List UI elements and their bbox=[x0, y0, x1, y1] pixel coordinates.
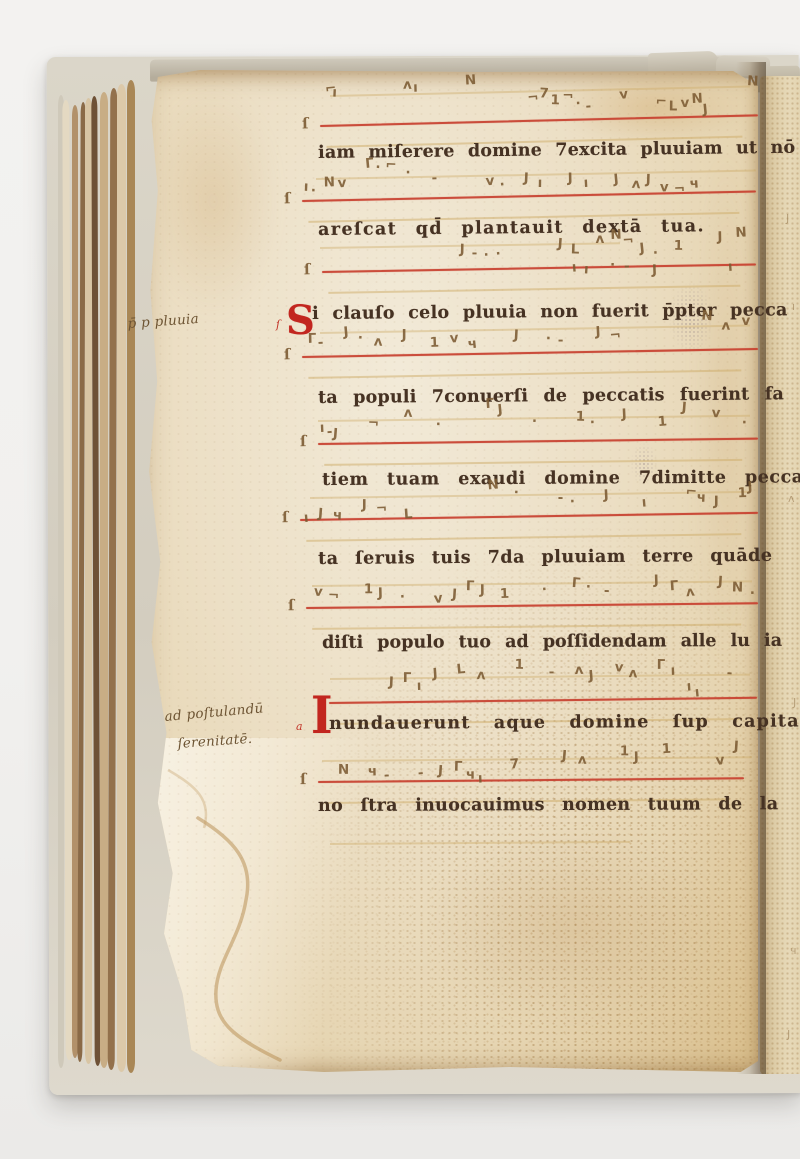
neume-glyph: · bbox=[750, 587, 755, 601]
neume-glyph: ⌐ bbox=[655, 95, 667, 109]
neume-glyph: · bbox=[652, 247, 658, 261]
neume-glyph: v bbox=[485, 175, 495, 189]
staff-line-red bbox=[318, 777, 744, 783]
neume-glyph: Γ bbox=[571, 577, 581, 591]
neume-glyph: J bbox=[567, 172, 572, 186]
neume-glyph: v bbox=[660, 181, 669, 195]
neume-glyph: · bbox=[610, 259, 616, 273]
neume-glyph: 1 bbox=[737, 487, 747, 501]
neume-glyph: ı bbox=[694, 686, 700, 700]
neume-glyph: ʌ bbox=[404, 407, 413, 421]
neume-glyph: ч bbox=[333, 509, 343, 523]
neume-glyph: v bbox=[337, 177, 347, 191]
neume-glyph: ¬ bbox=[368, 417, 380, 431]
f-clef-mark: ſ bbox=[302, 114, 309, 132]
neume-glyph: J bbox=[317, 508, 323, 522]
f-clef-mark: ſ bbox=[284, 345, 291, 363]
neume-glyph: L bbox=[570, 243, 579, 257]
facing-page-neume-mark: J bbox=[787, 1028, 790, 1041]
neume-glyph: J bbox=[717, 231, 722, 245]
neume-glyph: v bbox=[619, 88, 629, 102]
neume-glyph: · bbox=[311, 185, 316, 199]
ruling-line-ochre bbox=[310, 491, 750, 499]
neume-glyph: v bbox=[449, 332, 459, 346]
neume-glyph: N bbox=[610, 229, 622, 243]
lyric-line: i clauſo celo pluuia non fuerit p̄pter p… bbox=[312, 300, 788, 324]
neume-glyph: 1 bbox=[500, 588, 510, 602]
neume-glyph: J bbox=[717, 576, 723, 590]
neume-glyph: ı bbox=[538, 177, 543, 191]
neume-glyph: ʌ bbox=[578, 754, 587, 768]
photo-background: ſ⌐ıʌıN¬71¬·-v⌐LvNJNiam miſerere domine 7… bbox=[0, 0, 800, 1159]
neume-glyph: N bbox=[465, 74, 477, 88]
neume-glyph: N bbox=[747, 75, 759, 89]
margin-note: p̄ p pluuia bbox=[127, 311, 200, 332]
neume-glyph: J bbox=[438, 765, 444, 779]
neume-glyph: J bbox=[402, 329, 407, 343]
neume-glyph: ¬ bbox=[328, 589, 340, 603]
facing-page-neume-mark: J bbox=[793, 696, 796, 709]
neume-glyph: 1 bbox=[661, 743, 671, 757]
staff-line-ochre bbox=[324, 459, 742, 466]
neume-glyph: · bbox=[499, 179, 506, 193]
neume-glyph: · bbox=[483, 249, 489, 263]
music-system: ſΓ-J·ʌJ1vчJ·-J¬Nʌv bbox=[302, 348, 758, 356]
neume-glyph: L bbox=[669, 100, 678, 114]
neume-glyph: ı bbox=[641, 496, 647, 510]
f-clef-mark: ſ bbox=[288, 596, 295, 614]
neume-glyph: ı bbox=[583, 177, 588, 191]
neume-glyph: ı bbox=[417, 680, 422, 694]
neume-glyph: ¬ bbox=[562, 90, 573, 104]
margin-note: ad poſtulandū bbox=[164, 700, 264, 725]
neume-glyph: ч bbox=[467, 338, 478, 352]
neume-glyph: ⌐ bbox=[385, 159, 397, 173]
neume-glyph: 1 bbox=[364, 583, 374, 597]
neume-glyph: ¬ bbox=[527, 91, 540, 106]
staff-line-red bbox=[300, 512, 758, 521]
neume-glyph: J bbox=[561, 750, 567, 764]
neume-glyph: - bbox=[317, 337, 323, 351]
neume-glyph: Γ bbox=[454, 761, 463, 775]
neume-glyph: J bbox=[389, 676, 395, 690]
neume-glyph: · bbox=[436, 418, 442, 432]
neume-glyph: N bbox=[732, 581, 744, 595]
neume-glyph: N bbox=[324, 176, 336, 190]
ruling-line-ochre bbox=[320, 324, 750, 333]
neume-glyph: 1 bbox=[674, 240, 684, 254]
neume-glyph: ¬ bbox=[376, 503, 388, 517]
neume-glyph: Γ bbox=[657, 659, 666, 673]
f-clef-mark: ſ bbox=[304, 260, 311, 278]
music-system: ſJ-··JLʌN¬J·1JNıı·-Jı bbox=[322, 263, 756, 271]
guide-letter: a bbox=[296, 720, 303, 733]
neume-glyph: · bbox=[570, 496, 575, 510]
neume-glyph: J bbox=[702, 103, 708, 117]
neume-glyph: J bbox=[451, 588, 457, 602]
neume-glyph: J bbox=[733, 740, 739, 754]
neume-glyph: ı bbox=[571, 261, 577, 275]
music-system: ſı·NvΓ·⌐·-v·JıJıJʌJv¬ч bbox=[302, 190, 756, 200]
neume-glyph: J bbox=[343, 326, 349, 340]
neume-glyph: - bbox=[431, 172, 437, 186]
staff-line-red bbox=[320, 114, 758, 127]
neume-glyph: v bbox=[715, 754, 725, 768]
lyric-line: ta ſeruis tuis 7da pluuiam terre quāde bbox=[318, 546, 773, 569]
neume-glyph: J bbox=[460, 244, 465, 258]
neume-glyph: 1 bbox=[576, 411, 586, 425]
lyric-line: no ſtra inuocauimus nomen tuum de la bbox=[318, 794, 778, 816]
neume-glyph: Γ bbox=[403, 672, 412, 686]
neume-glyph: · bbox=[541, 583, 547, 597]
neume-glyph: - bbox=[624, 261, 630, 275]
neume-glyph: ⌐ bbox=[685, 485, 697, 499]
staff-line-red bbox=[322, 263, 756, 273]
neume-glyph: ı bbox=[584, 263, 590, 277]
neume-glyph: J bbox=[603, 489, 609, 503]
neume-glyph: ı bbox=[332, 87, 337, 101]
neume-glyph: L bbox=[456, 663, 466, 677]
ruling-line-ochre bbox=[330, 841, 630, 845]
music-system: ſv¬1J·vJΓJ1·Γ·-JΓʌJN· bbox=[306, 602, 758, 607]
neume-glyph: ı bbox=[728, 261, 734, 275]
neume-glyph: ч bbox=[696, 492, 706, 506]
neume-glyph: - bbox=[585, 100, 592, 114]
neume-glyph: J bbox=[513, 329, 519, 343]
neume-glyph: - bbox=[558, 334, 564, 348]
neume-glyph: ʌ bbox=[631, 178, 641, 192]
neume-glyph: - bbox=[558, 492, 564, 506]
neume-glyph: J bbox=[613, 173, 619, 187]
neume-glyph: J bbox=[480, 584, 485, 598]
neume-glyph: ʌ bbox=[721, 319, 730, 333]
music-system: ſı-J¬ʌ·ΓJ·1·J1Jv· bbox=[318, 438, 758, 443]
neume-glyph: N bbox=[338, 764, 349, 778]
staff-line-red bbox=[302, 348, 758, 358]
music-system: ſıJчJ¬LN·-·Jı⌐чJ1J bbox=[300, 512, 758, 519]
staff-line-ochre bbox=[306, 533, 741, 541]
neume-glyph: 1 bbox=[620, 745, 630, 759]
neume-glyph: 1 bbox=[430, 337, 440, 351]
neume-glyph: J bbox=[362, 499, 367, 513]
ruling-line-ochre bbox=[322, 756, 752, 761]
neume-glyph: - bbox=[726, 667, 732, 681]
neume-glyph: ʌ bbox=[374, 336, 383, 350]
neume-glyph: L bbox=[404, 508, 414, 522]
music-system: JΓıJLʌ1-ʌJvʌΓııı- bbox=[329, 697, 757, 702]
neume-glyph: ı bbox=[320, 422, 325, 436]
neume-glyph: ¬ bbox=[622, 234, 634, 248]
neume-glyph: 7 bbox=[539, 87, 549, 101]
facing-page-neume-mark: ı bbox=[792, 300, 795, 313]
staff-line-red bbox=[302, 190, 756, 202]
neume-glyph: ʌ bbox=[476, 669, 486, 683]
neume-glyph: - bbox=[472, 247, 478, 261]
initial-s: S bbox=[286, 305, 315, 337]
lyric-line: areſcat qd̄ plantauit dextā tua. bbox=[318, 216, 705, 240]
neume-glyph: Γ bbox=[365, 157, 375, 171]
neume-glyph: ʌ bbox=[574, 664, 583, 678]
neume-glyph: · bbox=[405, 167, 410, 181]
neume-glyph: Γ bbox=[466, 580, 475, 594]
neume-glyph: · bbox=[590, 417, 595, 431]
neume-glyph: 1 bbox=[657, 415, 667, 429]
neume-glyph: J bbox=[714, 495, 719, 509]
neume-glyph: ı bbox=[303, 181, 308, 195]
margin-note: ſerenitatē. bbox=[177, 731, 253, 752]
staff-line-ochre bbox=[308, 369, 741, 378]
neume-glyph: J bbox=[681, 401, 687, 415]
lyric-line: diſti populo tuo ad poſſidendam alle lu … bbox=[322, 631, 782, 653]
neume-glyph: ч bbox=[368, 765, 378, 779]
neume-glyph: · bbox=[399, 591, 405, 605]
guide-letter: ſ bbox=[276, 318, 280, 331]
neume-glyph: J bbox=[557, 238, 563, 252]
neume-glyph: v bbox=[711, 407, 720, 421]
neume-glyph: 1 bbox=[514, 659, 524, 673]
neume-glyph: N bbox=[735, 226, 747, 240]
neume-glyph: · bbox=[575, 98, 581, 112]
neume-glyph: J bbox=[747, 481, 753, 495]
facing-page-neume-mark: ч bbox=[790, 944, 797, 957]
facing-page-neume-mark: ʌ bbox=[788, 492, 795, 505]
f-clef-mark: ſ bbox=[300, 770, 307, 788]
neume-glyph: J bbox=[645, 174, 650, 188]
neume-glyph: - bbox=[549, 666, 555, 680]
staff-line-ochre bbox=[312, 623, 741, 629]
music-system: ſNч--JΓчı7Jʌ1J1vJ bbox=[318, 777, 744, 781]
neume-glyph: ʌ bbox=[595, 233, 604, 247]
neume-glyph: - bbox=[604, 585, 610, 599]
neume-glyph: ı bbox=[670, 665, 675, 679]
f-clef-mark: ſ bbox=[300, 432, 307, 450]
neume-glyph: · bbox=[531, 415, 537, 429]
neume-glyph: J bbox=[652, 264, 657, 278]
lyric-line: nundauerunt aque domine ſup capita bbox=[329, 711, 800, 734]
neume-glyph: v bbox=[614, 661, 624, 675]
neume-glyph: ı bbox=[686, 680, 692, 694]
neume-glyph: J bbox=[332, 428, 338, 442]
neume-glyph: J bbox=[588, 670, 594, 684]
neume-glyph: ʌ bbox=[685, 586, 695, 600]
staff-line-red bbox=[329, 697, 757, 704]
staff-line-red bbox=[318, 438, 758, 446]
neume-glyph: 1 bbox=[550, 94, 560, 108]
neume-glyph: J bbox=[621, 408, 627, 422]
neume-glyph: ч bbox=[466, 769, 475, 783]
neume-glyph: J bbox=[432, 668, 438, 682]
neume-glyph: ч bbox=[689, 177, 699, 191]
neume-glyph: · bbox=[375, 161, 381, 175]
neume-glyph: ʌ bbox=[628, 667, 637, 681]
neume-glyph: - bbox=[417, 767, 424, 781]
neume-glyph: · bbox=[495, 248, 501, 262]
f-clef-mark: ſ bbox=[282, 508, 289, 526]
neume-glyph: v bbox=[680, 97, 689, 111]
staff-line-red bbox=[306, 602, 758, 609]
neume-glyph: J bbox=[639, 242, 645, 256]
neume-glyph: · bbox=[357, 332, 363, 346]
initial-i: I bbox=[311, 695, 333, 736]
neume-glyph: · bbox=[546, 333, 551, 347]
neume-glyph: N bbox=[487, 478, 500, 493]
neume-glyph: N bbox=[701, 310, 713, 324]
neume-glyph: v bbox=[313, 586, 323, 600]
neume-glyph: ı bbox=[413, 82, 418, 96]
neume-glyph: ¬ bbox=[674, 183, 686, 197]
staff-line-ochre bbox=[328, 285, 740, 294]
neume-glyph: ¬ bbox=[609, 329, 621, 343]
f-clef-mark: ſ bbox=[284, 189, 291, 207]
neume-glyph: v bbox=[741, 315, 750, 329]
neume-glyph: J bbox=[523, 172, 529, 186]
neume-glyph: J bbox=[378, 587, 383, 601]
neume-glyph: 7 bbox=[509, 758, 519, 772]
neume-glyph: ı bbox=[303, 512, 309, 526]
neume-glyph: ʌ bbox=[403, 79, 412, 93]
lyric-line: tiem tuam exaudi domine 7dimitte pecca bbox=[322, 467, 800, 490]
neume-glyph: - bbox=[384, 769, 390, 783]
music-system: ſ⌐ıʌıN¬71¬·-v⌐LvNJN bbox=[320, 114, 758, 125]
neume-glyph: · bbox=[742, 417, 747, 431]
neume-glyph: · bbox=[513, 486, 519, 500]
neume-glyph: ı bbox=[478, 772, 483, 786]
neume-glyph: J bbox=[654, 574, 659, 588]
neume-glyph: Γ bbox=[669, 580, 678, 594]
music-score: ſ⌐ıʌıN¬71¬·-v⌐LvNJNiam miſerere domine 7… bbox=[0, 0, 800, 1159]
neume-glyph: J bbox=[634, 751, 639, 765]
facing-page-neume-mark: J bbox=[786, 212, 789, 225]
neume-glyph: Γ bbox=[485, 398, 494, 412]
neume-glyph: J bbox=[595, 326, 601, 340]
neume-glyph: · bbox=[586, 581, 592, 595]
neume-glyph: v bbox=[433, 592, 443, 606]
